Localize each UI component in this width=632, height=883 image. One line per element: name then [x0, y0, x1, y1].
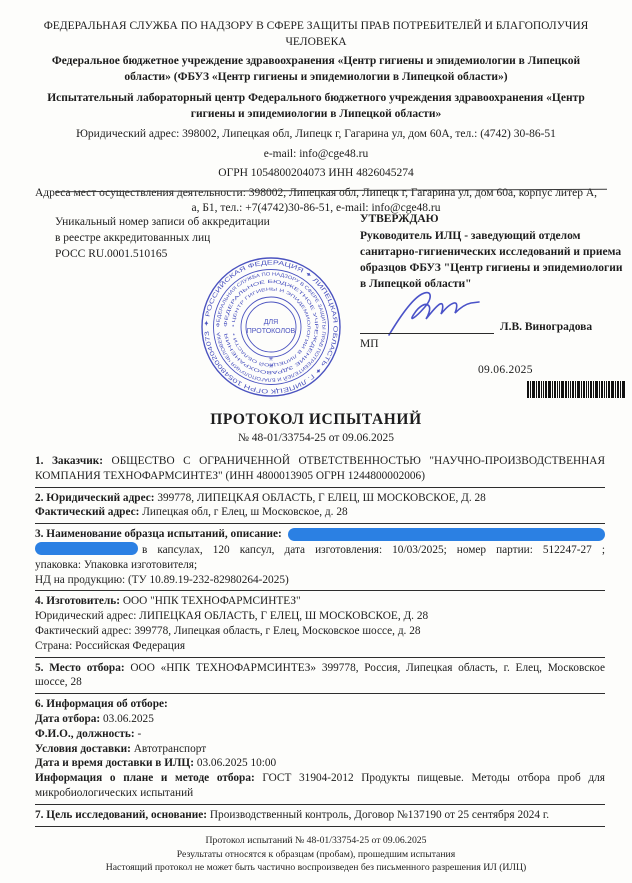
- ogrn-inn-line: ОГРН 1054800204073 ИНН 4826045274: [31, 166, 601, 182]
- purpose-label: 7. Цель исследований, основание:: [35, 809, 207, 821]
- customer-label: 1. Заказчик:: [35, 455, 103, 467]
- delivery-datetime-label: Дата и время доставки в ИЛЦ:: [35, 757, 194, 769]
- sampling-person-label: Ф.И.О., должность:: [35, 728, 135, 740]
- redaction-bar-1: [288, 528, 605, 541]
- barcode: [527, 381, 625, 398]
- manufacturer-value: ООО "НПК ТЕХНОФАРМСИНТЕЗ": [123, 595, 301, 607]
- section-purpose: 7. Цель исследований, основание: Произво…: [35, 805, 605, 827]
- approve-word: УТВЕРЖДАЮ: [360, 211, 628, 227]
- sampling-method-label: Информация о плане и методе отбора:: [35, 772, 255, 784]
- actual-address-label: Фактический адрес:: [35, 506, 139, 518]
- section-sample: 3. Наименование образца испытаний, описа…: [35, 524, 605, 591]
- section-customer: 1. Заказчик: ОБЩЕСТВО С ОГРАНИЧЕННОЙ ОТВ…: [35, 451, 605, 488]
- delivery-datetime-value: 03.06.2025 10:00: [197, 757, 276, 769]
- approver-name: Л.В. Виноградова: [500, 319, 592, 335]
- legal-address-label: 2. Юридический адрес:: [35, 492, 155, 504]
- protocol-title-block: ПРОТОКОЛ ИСПЫТАНИЙ № 48-01/33754-25 от 0…: [0, 411, 632, 444]
- customer-value: ОБЩЕСТВО С ОГРАНИЧЕННОЙ ОТВЕТСТВЕННОСТЬЮ…: [35, 455, 605, 482]
- manufacturer-country: Страна: Российская Федерация: [35, 639, 605, 654]
- approval-date: 09.06.2025: [478, 362, 628, 378]
- federal-service-name: ФЕДЕРАЛЬНАЯ СЛУЖБА ПО НАДЗОРУ В СФЕРЕ ЗА…: [40, 19, 592, 50]
- stamp-center-line1: ДЛЯ: [264, 319, 278, 326]
- sampling-date-label: Дата отбора:: [35, 713, 100, 725]
- scanned-test-protocol-page: { "header": { "service_name": "ФЕДЕРАЛЬН…: [0, 0, 632, 883]
- footer-protocol-number: Протокол испытаний № 48-01/33754-25 от 0…: [0, 834, 632, 848]
- actual-address-value: Липецкая обл, г Елец, ш Московское, д. 2…: [142, 506, 347, 518]
- sampling-date-value: 03.06.2025: [103, 713, 154, 725]
- manufacturer-legal-address: Юридический адрес: ЛИПЕЦКАЯ ОБЛАСТЬ, Г Е…: [35, 609, 605, 624]
- approver-role: Руководитель ИЛЦ - заведующий отделом са…: [360, 228, 628, 292]
- purpose-value: Производственный контроль, Договор №1371…: [210, 809, 549, 821]
- footer-results-note: Результаты относятся к образцам (пробам)…: [0, 848, 632, 862]
- round-stamp: ✦ РОССИЙСКАЯ ФЕДЕРАЦИЯ ✦ ЛИПЕЦКАЯ ОБЛАСТ…: [199, 255, 343, 399]
- legal-address: Юридический адрес: 398002, Липецкая обл,…: [31, 127, 601, 143]
- protocol-number: № 48-01/33754-25 от 09.06.2025: [0, 432, 632, 444]
- page-footer: Протокол испытаний № 48-01/33754-25 от 0…: [0, 834, 632, 875]
- protocol-sections: 1. Заказчик: ОБЩЕСТВО С ОГРАНИЧЕННОЙ ОТВ…: [35, 451, 605, 827]
- manufacturer-actual-address: Фактический адрес: 399778, Липецкая обла…: [35, 624, 605, 639]
- sampling-person-value: -: [137, 728, 141, 740]
- sample-nd: НД на продукцию: (ТУ 10.89.19-232-829802…: [35, 573, 605, 588]
- section-sampling-info: 6. Информация об отборе: Дата отбора: 03…: [35, 694, 605, 805]
- protocol-title: ПРОТОКОЛ ИСПЫТАНИЙ: [0, 411, 632, 429]
- manufacturer-label: 4. Изготовитель:: [35, 595, 120, 607]
- document-header: ФЕДЕРАЛЬНАЯ СЛУЖБА ПО НАДЗОРУ В СФЕРЕ ЗА…: [31, 19, 601, 217]
- sampling-info-label: 6. Информация об отборе:: [35, 697, 605, 712]
- accreditation-line1: Уникальный номер записи об аккредитации: [55, 214, 300, 230]
- email-line: e-mail: info@cge48.ru: [31, 147, 601, 163]
- section-manufacturer: 4. Изготовитель: ООО "НПК ТЕХНОФАРМСИНТЕ…: [35, 591, 605, 657]
- signature-row: Л.В. Виноградова: [360, 306, 628, 344]
- sampling-place-label: 5. Место отбора:: [35, 662, 125, 674]
- delivery-conditions-label: Условия доставки:: [35, 743, 131, 755]
- sample-packaging: упаковка: Упаковка изготовителя;: [35, 558, 605, 573]
- approval-block: УТВЕРЖДАЮ Руководитель ИЛЦ - заведующий …: [360, 211, 628, 378]
- stamp-asterisk-1: ✳: [268, 356, 273, 363]
- delivery-conditions-value: Автотранспорт: [134, 743, 206, 755]
- footer-copy-restriction: Настоящий протокол не может быть частичн…: [0, 861, 632, 875]
- sample-details: в капсулах, 120 капсул, дата изготовлени…: [142, 544, 605, 556]
- stamp-asterisk-2: ✳: [268, 363, 273, 370]
- lab-center-name: Испытательный лабораторный центр Федерал…: [38, 91, 594, 122]
- signature-line: [360, 333, 494, 334]
- section-addresses: 2. Юридический адрес: 399778, ЛИПЕЦКАЯ О…: [35, 488, 605, 525]
- sample-label: 3. Наименование образца испытаний, описа…: [35, 527, 282, 542]
- redaction-bar-2: [35, 542, 138, 555]
- handwritten-signature: [386, 290, 482, 342]
- organization-name: Федеральное бюджетное учреждение здравоо…: [31, 54, 601, 85]
- stamp-center-line2: ПРОТОКОЛОВ: [247, 328, 296, 335]
- accreditation-line2: в реестре аккредитованных лиц: [55, 230, 300, 246]
- section-sampling-place: 5. Место отбора: ООО «НПК ТЕХНОФАРМСИНТЕ…: [35, 658, 605, 695]
- legal-address-value: 399778, ЛИПЕЦКАЯ ОБЛАСТЬ, Г ЕЛЕЦ, Ш МОСК…: [157, 492, 486, 504]
